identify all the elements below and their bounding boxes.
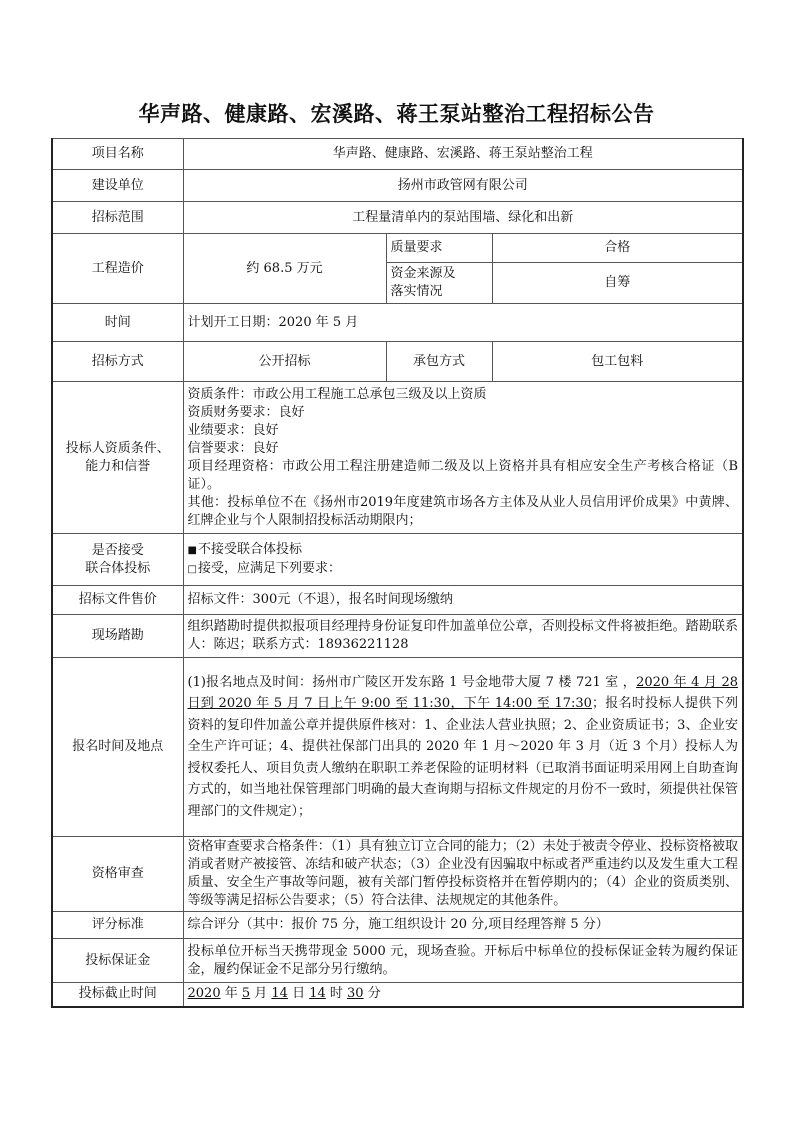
deadline-day-unit: 日: [288, 986, 309, 1001]
deadline-month-unit: 月: [250, 986, 271, 1001]
funding-label-line2: 落实情况: [391, 283, 488, 301]
row-deposit: 投标保证金 投标单位开标当天携带现金 5000 元，现场查验。开标后中标单位的投…: [52, 939, 743, 983]
deadline-month: 5: [242, 986, 250, 1001]
row-consortium: 是否接受 联合体投标 ■不接受联合体投标 □接受，应满足下列要求：: [52, 534, 743, 586]
deadline-year-unit: 年: [221, 986, 242, 1001]
qualification-line: 业绩要求：良好: [188, 422, 739, 440]
row-project-name: 项目名称 华声路、健康路、宏溪路、蒋王泵站整治工程: [52, 139, 743, 170]
qualification-line: 信誉要求：良好: [188, 440, 739, 458]
cost-value: 约 68.5 万元: [183, 234, 386, 304]
doc-price-label: 招标文件售价: [52, 586, 183, 615]
builder-label: 建设单位: [52, 170, 183, 202]
consortium-label: 是否接受 联合体投标: [52, 534, 183, 586]
method-label: 招标方式: [52, 342, 183, 382]
deadline-year: 2020: [188, 986, 221, 1001]
consortium-option-reject-label: 不接受联合体投标: [198, 542, 302, 557]
funding-value: 自筹: [492, 263, 743, 304]
tender-notice-table: 项目名称 华声路、健康路、宏溪路、蒋王泵站整治工程 建设单位 扬州市政管网有限公…: [51, 138, 744, 1008]
qualification-label: 投标人资质条件、 能力和信誉: [52, 382, 183, 534]
qualification-line: 其他：投标单位不在《扬州市2019年度建筑市场各方主体及从业人员信用评价成果》中…: [188, 494, 739, 530]
qualification-label-line1: 投标人资质条件、: [57, 440, 179, 458]
quality-value: 合格: [492, 234, 743, 263]
time-value: 计划开工日期：2020 年 5 月: [183, 304, 743, 342]
qualification-line: 资质条件：市政公用工程施工总承包三级及以上资质: [188, 386, 739, 404]
site-visit-label: 现场踏勘: [52, 615, 183, 658]
deposit-label: 投标保证金: [52, 939, 183, 983]
row-site-visit: 现场踏勘 组织踏勘时提供拟报项目经理持身份证复印件加盖单位公章，否则投标文件将被…: [52, 615, 743, 658]
deadline-minute: 30: [347, 986, 364, 1001]
funding-label-line1: 资金来源及: [391, 265, 488, 283]
site-visit-value: 组织踏勘时提供拟报项目经理持身份证复印件加盖单位公章，否则投标文件将被拒绝。踏勘…: [183, 615, 743, 658]
deadline-value: 2020 年 5 月 14 日 14 时 30 分: [183, 983, 743, 1007]
unchecked-box-icon: □: [188, 564, 197, 575]
registration-part1: (1)报名地点及时间：扬州市广陵区开发东路 1 号金地带大厦 7 楼 721 室…: [188, 675, 637, 690]
deadline-day: 14: [271, 986, 288, 1001]
project-name-label: 项目名称: [52, 139, 183, 170]
registration-label: 报名时间及地点: [52, 658, 183, 837]
builder-value: 扬州市政管网有限公司: [183, 170, 743, 202]
row-cost: 工程造价 约 68.5 万元 质量要求 合格: [52, 234, 743, 263]
contract-label: 承包方式: [386, 342, 492, 382]
consortium-label-line1: 是否接受: [57, 542, 179, 560]
funding-label: 资金来源及 落实情况: [386, 263, 492, 304]
scoring-label: 评分标准: [52, 912, 183, 939]
row-scoring: 评分标准 综合评分（其中：报价 75 分，施工组织设计 20 分,项目经理答辩 …: [52, 912, 743, 939]
deadline-minute-unit: 分: [364, 986, 381, 1001]
contract-value: 包工包料: [492, 342, 743, 382]
row-method: 招标方式 公开招标 承包方式 包工包料: [52, 342, 743, 382]
quality-label: 质量要求: [386, 234, 492, 263]
row-review: 资格审查 资格审查要求合格条件：（1）具有独立订立合同的能力；（2）未处于被责令…: [52, 837, 743, 912]
cost-label: 工程造价: [52, 234, 183, 304]
scoring-value: 综合评分（其中：报价 75 分，施工组织设计 20 分,项目经理答辩 5 分）: [183, 912, 743, 939]
scope-label: 招标范围: [52, 202, 183, 234]
qualification-line: 项目经理资格：市政公用工程注册建造师二级及以上资格并具有相应安全生产考核合格证（…: [188, 458, 739, 494]
row-time: 时间 计划开工日期：2020 年 5 月: [52, 304, 743, 342]
row-qualification: 投标人资质条件、 能力和信誉 资质条件：市政公用工程施工总承包三级及以上资质 资…: [52, 382, 743, 534]
row-scope: 招标范围 工程量清单内的泵站围墙、绿化和出新: [52, 202, 743, 234]
checked-box-icon: ■: [188, 545, 197, 556]
consortium-option-reject: ■不接受联合体投标: [188, 541, 739, 560]
deposit-value: 投标单位开标当天携带现金 5000 元，现场查验。开标后中标单位的投标保证金转为…: [183, 939, 743, 983]
consortium-label-line2: 联合体投标: [57, 560, 179, 578]
method-value: 公开招标: [183, 342, 386, 382]
time-label: 时间: [52, 304, 183, 342]
review-label: 资格审查: [52, 837, 183, 912]
qualification-value: 资质条件：市政公用工程施工总承包三级及以上资质 资质财务要求：良好 业绩要求：良…: [183, 382, 743, 534]
deadline-hour: 14: [309, 986, 326, 1001]
row-builder: 建设单位 扬州市政管网有限公司: [52, 170, 743, 202]
qualification-line: 资质财务要求：良好: [188, 404, 739, 422]
registration-value: (1)报名地点及时间：扬州市广陵区开发东路 1 号金地带大厦 7 楼 721 室…: [183, 658, 743, 837]
row-doc-price: 招标文件售价 招标文件：300元（不退），报名时间现场缴纳: [52, 586, 743, 615]
review-value: 资格审查要求合格条件：（1）具有独立订立合同的能力；（2）未处于被责令停业、投标…: [183, 837, 743, 912]
consortium-option-accept: □接受，应满足下列要求：: [188, 560, 739, 579]
scope-value: 工程量清单内的泵站围墙、绿化和出新: [183, 202, 743, 234]
document-title: 华声路、健康路、宏溪路、蒋王泵站整治工程招标公告: [0, 98, 793, 128]
qualification-label-line2: 能力和信誉: [57, 458, 179, 476]
deadline-label: 投标截止时间: [52, 983, 183, 1007]
consortium-options: ■不接受联合体投标 □接受，应满足下列要求：: [183, 534, 743, 586]
doc-price-value: 招标文件：300元（不退），报名时间现场缴纳: [183, 586, 743, 615]
deadline-hour-unit: 时: [326, 986, 347, 1001]
project-name-value: 华声路、健康路、宏溪路、蒋王泵站整治工程: [183, 139, 743, 170]
consortium-option-accept-label: 接受，应满足下列要求：: [198, 561, 341, 576]
row-registration: 报名时间及地点 (1)报名地点及时间：扬州市广陵区开发东路 1 号金地带大厦 7…: [52, 658, 743, 837]
registration-part3: ；报名时投标人提供下列资料的复印件加盖公章并提供原件核对：1、企业法人营业执照；…: [188, 696, 739, 819]
row-deadline: 投标截止时间 2020 年 5 月 14 日 14 时 30 分: [52, 983, 743, 1007]
